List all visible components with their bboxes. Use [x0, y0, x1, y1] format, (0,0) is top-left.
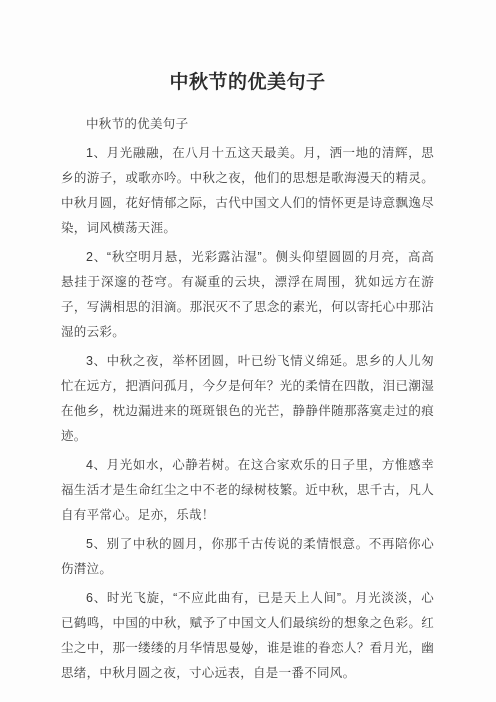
document-page: 中秋节的优美句子 中秋节的优美句子 1、月光融融，在八月十五这天最美。月，洒一地…: [0, 0, 496, 702]
page-title: 中秋节的优美句子: [61, 70, 434, 96]
paragraph-5: 5、别了中秋的圆月，你那千古传说的柔情恨意。不再陪你心伤潸泣。: [61, 532, 434, 582]
paragraph-2: 2、“秋空明月悬，光彩露沾湿”。侧头仰望圆圆的月亮，高高悬挂于深邃的苍穹。有凝重…: [61, 245, 434, 345]
page-number: 1: [0, 645, 496, 657]
page-number-value: 1: [245, 646, 250, 656]
paragraph-intro: 中秋节的优美句子: [61, 112, 434, 137]
paragraph-3: 3、中秋之夜，举杯团圆，叶已纷飞情义绵延。思乡的人儿匆忙在远方，把酒问孤月，今夕…: [61, 349, 434, 449]
document-body: 中秋节的优美句子 1、月光融融，在八月十五这天最美。月，洒一地的清辉，思乡的游子…: [61, 112, 434, 686]
paragraph-4: 4、月光如水，心静若树。在这合家欢乐的日子里，方惟感幸福生活才是生命红尘之中不老…: [61, 453, 434, 528]
paragraph-6: 6、时光飞旋，“不应此曲有，已是天上人间”。月光淡淡，心已鹤鸣，中国的中秋，赋予…: [61, 586, 434, 686]
paragraph-1: 1、月光融融，在八月十五这天最美。月，洒一地的清辉，思乡的游子，或歌亦吟。中秋之…: [61, 141, 434, 241]
